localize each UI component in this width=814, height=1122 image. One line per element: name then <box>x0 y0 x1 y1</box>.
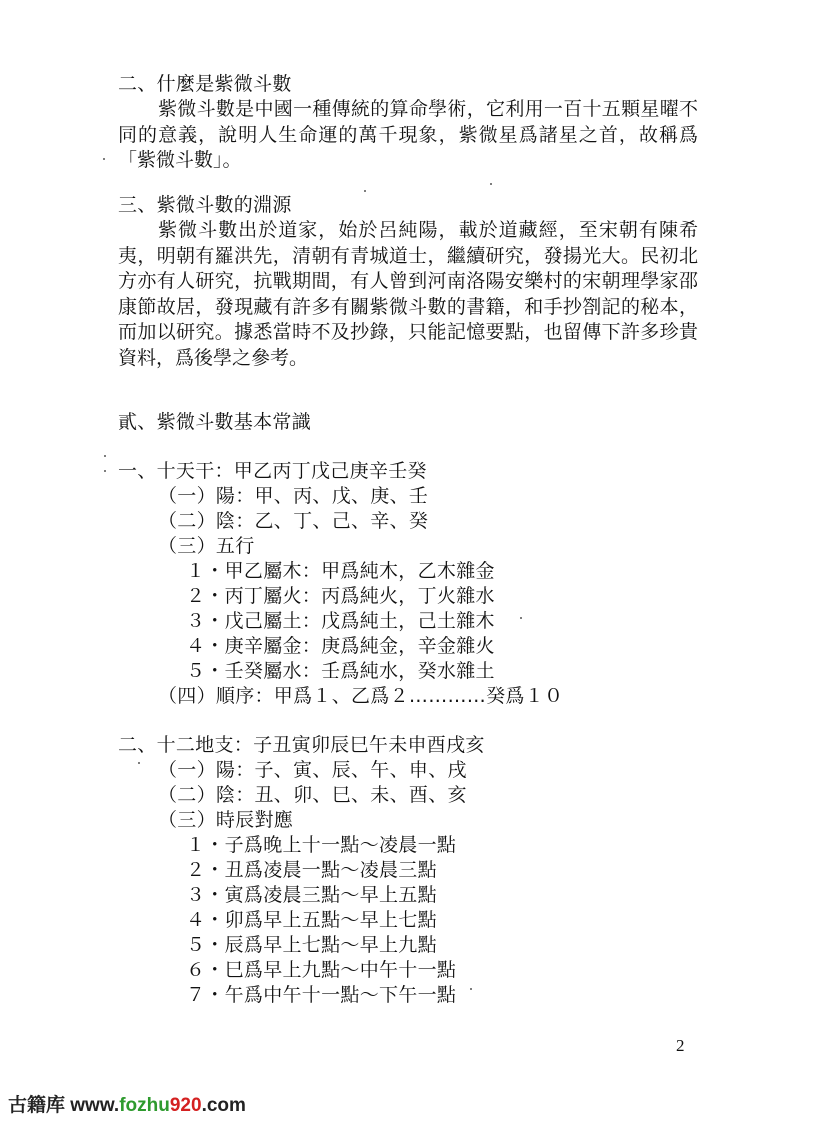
earthly-branches-yang: （一）陽：子、寅、辰、午、申、戌 <box>158 758 467 783</box>
earthly-branches-yin: （二）陰：丑、卯、巳、未、酉、亥 <box>158 783 467 808</box>
watermark-red: 920 <box>170 1095 202 1116</box>
section-3-body: 紫微斗數出於道家，始於呂純陽，載於道藏經，至宋朝有陳希夷，明朝有羅洪先，清朝有青… <box>118 218 698 371</box>
scan-speck <box>470 988 472 990</box>
scan-speck <box>490 183 492 185</box>
heavenly-stems-yang: （一）陽：甲、丙、戊、庚、壬 <box>158 484 428 509</box>
heavenly-stems-yin: （二）陰：乙、丁、己、辛、癸 <box>158 509 428 534</box>
scan-speck <box>520 617 522 619</box>
watermark-green: fozhu <box>119 1095 170 1116</box>
wuxing-item: ４・庚辛屬金：庚爲純金，辛金雜火 <box>186 634 495 659</box>
hour-item: ４・卯爲早上五點～早上七點 <box>186 908 437 933</box>
scan-speck <box>104 455 106 457</box>
hours-heading: （三）時辰對應 <box>158 808 293 833</box>
wuxing-item: ５・壬癸屬水：壬爲純水，癸水雜土 <box>186 659 495 684</box>
page-number: 2 <box>676 1036 685 1056</box>
section-2-heading: 二、什麼是紫微斗數 <box>118 72 292 97</box>
hour-item: ３・寅爲凌晨三點～早上五點 <box>186 883 437 908</box>
scan-speck <box>364 190 366 192</box>
hour-item: ５・辰爲早上七點～早上九點 <box>186 933 437 958</box>
scan-speck <box>138 762 140 764</box>
scan-speck <box>104 470 106 472</box>
hour-item: ７・午爲中午十一點～下午一點 <box>186 983 456 1008</box>
wuxing-item: １・甲乙屬木：甲爲純木，乙木雜金 <box>186 559 495 584</box>
wuxing-item: ３・戊己屬土：戊爲純土，己土雜木 <box>186 609 495 634</box>
watermark-suffix: .com <box>202 1095 246 1116</box>
hour-item: １・子爲晚上十一點～凌晨一點 <box>186 833 456 858</box>
section-2-body: 紫微斗數是中國一種傳統的算命學術，它利用一百十五顆星曜不同的意義，說明人生命運的… <box>118 97 698 174</box>
wuxing-item: ２・丙丁屬火：丙爲純火，丁火雜水 <box>186 584 495 609</box>
section-3-heading: 三、紫微斗數的淵源 <box>118 193 292 218</box>
hour-item: ２・丑爲凌晨一點～凌晨三點 <box>186 858 437 883</box>
heavenly-stems-heading: 一、十天干：甲乙丙丁戊己庚辛壬癸 <box>118 459 427 484</box>
watermark-prefix: 古籍库 www. <box>8 1095 119 1116</box>
earthly-branches-heading: 二、十二地支：子丑寅卯辰巳午未申酉戌亥 <box>118 733 485 758</box>
heavenly-stems-order: （四）順序：甲爲１、乙爲２…………癸爲１０ <box>158 684 563 709</box>
scan-speck <box>103 158 105 160</box>
hour-item: ６・巳爲早上九點～中午十一點 <box>186 958 456 983</box>
chapter-2-heading: 貳、紫微斗數基本常識 <box>118 410 311 435</box>
watermark: 古籍库 www.fozhu920.com <box>8 1090 246 1117</box>
wuxing-heading: （三）五行 <box>158 534 255 559</box>
